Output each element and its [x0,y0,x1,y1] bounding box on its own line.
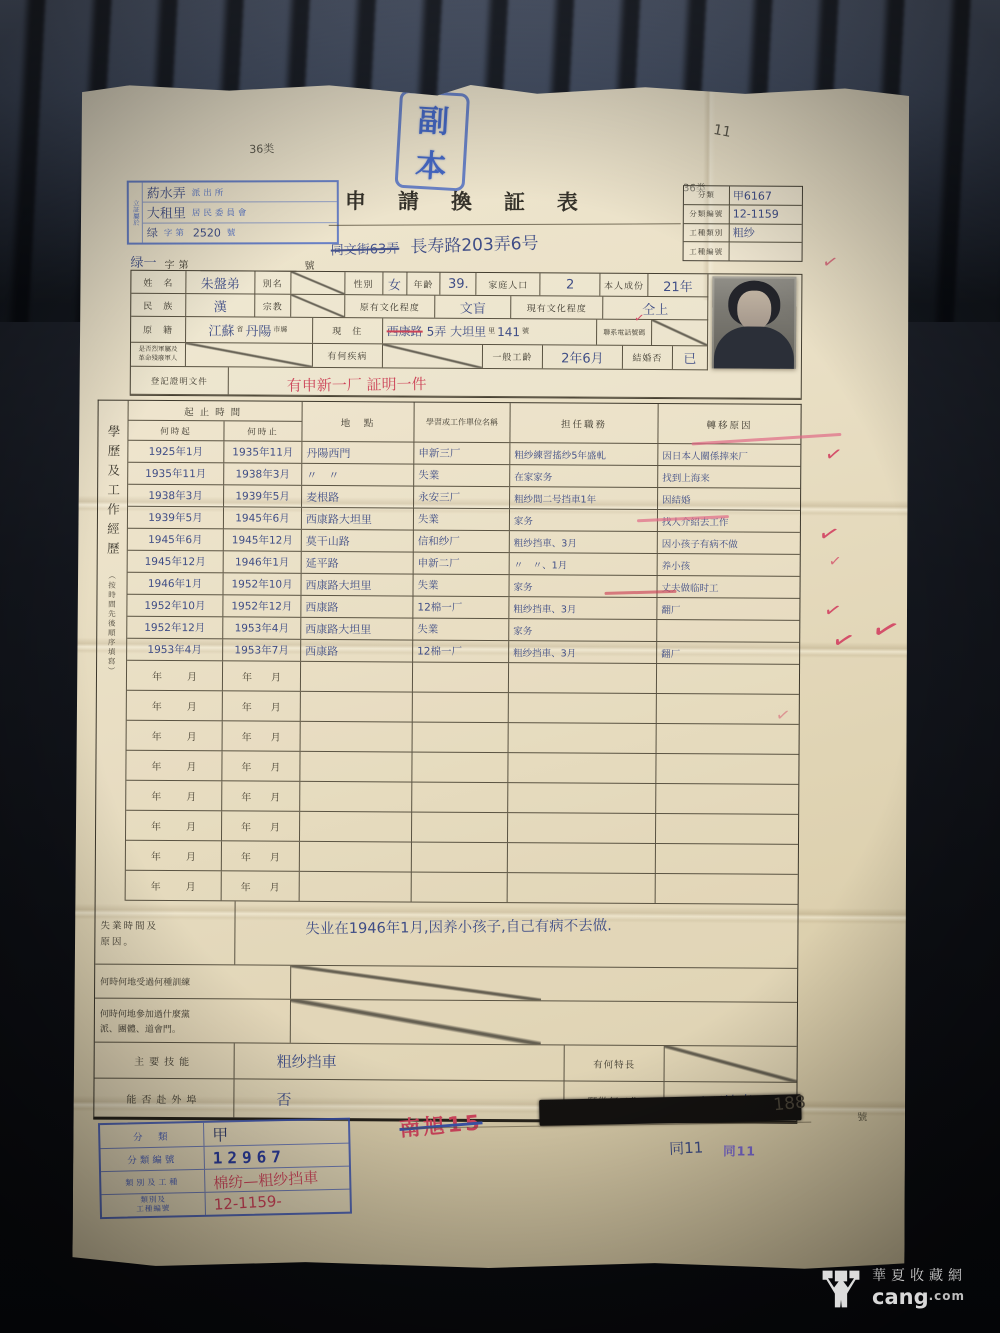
history-place-blank [300,752,412,782]
month-char: 月 [186,848,196,863]
history-place: 西康路大坦里 [302,508,414,530]
training-label: 何時何地受過何種訓練 [95,965,291,999]
history-empty-row: 年 月 年 月 [126,781,798,815]
station-suffix: 派出所 [192,186,227,198]
history-duty: 家务 [509,575,657,597]
history-from-blank: 年 月 [127,661,223,691]
history-to-blank: 年 月 [223,721,301,750]
martyr-family-label-line1: 是否烈軍屬及 [138,346,177,354]
tong-annotation-printed: 同11 [723,1141,756,1159]
alias-label: 別名 [255,272,291,294]
history-from: 1938年3月 [128,485,224,507]
history-to: 1945年12月 [224,529,302,550]
year-char: 年 [151,878,161,893]
history-reason: 因日本人關係摔来厂 [658,444,800,466]
history-from-blank: 年 月 [126,781,222,811]
hao-label: 號 [227,227,239,239]
history-unit-blank [413,723,509,753]
history-from: 1953年4月 [127,639,223,661]
trade-no-label: 工種編號 [684,242,730,260]
history-place-blank [301,662,413,692]
history-place-blank [300,842,412,872]
hao-label: 號 [304,257,318,272]
history-unit-blank [413,663,509,693]
phone-label: 聯系電話號碼 [597,320,652,345]
committee-suffix: 居民委員會 [192,206,250,218]
history-to: 1946年1月 [224,551,302,572]
year-char: 年 [151,758,161,773]
trade-type-label: 工種類別 [684,224,730,242]
watermark-url-tld: .com [929,1289,965,1303]
cang-logo-icon [818,1266,864,1312]
history-to-blank: 年 月 [222,871,300,900]
history-place: 麦根路 [302,486,414,508]
site-watermark: 華夏收藏網 cang.com [818,1266,967,1312]
registration-docs-label: 登記證明文件 [131,367,229,395]
history-reason: 找人介紹去工作 [658,510,800,532]
history-duty-blank [508,753,656,783]
zi-di-label: 字第 [164,227,187,239]
history-side-title: 學歷及工作經歷 [103,425,122,562]
history-from: 1939年5月 [128,507,224,529]
copy-stamp: 副 本 [394,90,470,192]
history-to-blank: 年 月 [223,661,301,690]
month-char: 月 [187,728,197,743]
history-duty-blank [509,723,657,753]
year-char: 年 [152,728,162,743]
personal-info-table: 姓 名 朱盤弟 別名 性別 女 年齡 39. 家庭人口 2 本人成份 21年 民… [130,270,803,400]
history-to: 1945年6月 [224,507,302,528]
history-reason: 养小孩 [658,554,800,576]
history-unit: 申新三厂 [414,443,510,465]
class-value: 甲6167 [730,186,802,204]
stamp-number-handwritten: 2520 [193,226,221,239]
name-label: 姓 名 [131,271,186,293]
red-check-mark: ✓ [820,251,840,275]
sb-trade-no-label: 類別及 工種編號 [102,1193,206,1217]
history-unit: 申新二厂 [414,553,510,575]
religion-blank [291,295,345,317]
history-duty: 粗纱練習搖纱5年盛軋 [510,443,658,465]
stamp-side-label: 立証屬於 [129,183,143,243]
address-text: 長寿路203弄6号 [410,234,539,258]
month-char: 月 [187,698,197,713]
month-char: 月 [271,669,281,684]
photo-cell [706,274,802,371]
address-annotation: 同文街63弄 長寿路203弄6号 [330,229,539,260]
ethnicity-value: 漢 [186,294,255,316]
current-education-label: 現有文化程度 [511,296,603,319]
history-from-blank: 年 月 [126,811,222,841]
history-unit: 信和纱厂 [414,531,510,553]
watermark-site-name: 華夏收藏網 [872,1269,967,1285]
month-char: 月 [271,729,281,744]
history-reason-blank [656,814,798,844]
history-unit-blank [412,873,508,903]
red-note-crossed: 南旭15 [398,1106,483,1143]
travel-label: 能否赴外埠 [94,1079,234,1118]
history-reason-blank [657,724,799,754]
history-to-blank: 年 月 [222,811,300,840]
stamp-row: 大租里 居民委員會 [143,202,337,223]
sb-trade-no-label-line2: 工種編號 [136,1205,170,1214]
history-reason-blank [656,754,798,784]
history-from: 1935年11月 [128,463,224,485]
sb-trade-no-value-text: 12-1159- [213,1192,282,1214]
history-place: 丹陽西門 [302,442,414,464]
class-label: 分類 [684,186,730,204]
province-char: 省 [236,326,243,334]
footer-number: 188 [772,1092,806,1115]
history-unit-blank [413,693,509,723]
history-reason-blank [657,694,799,724]
history-reason-blank [657,664,799,694]
history-place: 〃 〃 [302,464,414,486]
reason-label: 轉移原因 [658,404,800,444]
info-row: 原 籍 江蘇 省 丹陽 市縣 現 住 西康路 5弄 大坦里 里 141 號 聯系… [131,317,708,347]
history-place: 西康路大坦里 [301,618,413,640]
unemployment-value: 失业在1946年1月,因养小孩子,自己有病不去做. [235,900,798,969]
footer-hao-char: 號 [857,1108,867,1123]
li-char: 里 [488,328,495,336]
classbox-row: 分類 甲6167 [684,186,802,205]
status-value: 21年 [648,274,707,296]
history-place-blank [301,692,413,722]
classbox-row: 工種編號 [684,242,802,260]
main-skill-value: 粗纱挡車 [235,1043,565,1080]
married-value: 已 [673,346,707,369]
month-char: 月 [187,668,197,683]
disease-label: 有何疾病 [313,344,383,367]
history-place: 莫干山路 [302,530,414,552]
seniority-value: 2年6月 [543,345,623,368]
red-check-mark: ✓ [815,518,843,551]
current-education-value: 仝上 [603,297,707,320]
party-label: 何時何地參加過什麼黨 派、團體、道會門。 [95,999,291,1043]
origin-city: 丹陽 [245,320,271,339]
history-to: 1935年11月 [224,441,302,462]
registration-docs-value: 有申新一厂 証明一件 [229,366,801,399]
trade-no-value [730,243,802,261]
id-photo [711,276,796,369]
history-empty-row: 年 月 年 月 [127,661,799,695]
specialty-blank [665,1046,797,1082]
sb-class-no-label: 分類編號 [101,1147,205,1171]
photographed-document-scene: 36类 副 本 11 36类 立証屬於 葯水弄 派出所 大租里 居民委員會 绿 … [0,0,1000,1333]
work-history-table: 學歷及工作經歷 （按時間先後順序填寫） 起止時間 何時起 何時止 地 點 [93,400,801,1124]
history-reason-blank [656,844,798,874]
history-empty-row: 年 月 年 月 [126,841,798,875]
classbox-row: 工種類別 粗纱 [684,224,802,243]
history-empty-row: 年 月 年 月 [126,751,798,785]
disease-blank [383,344,483,368]
history-to: 1953年7月 [223,639,301,660]
sb-trade-value: 棉纺—粗纱挡車 [205,1167,349,1192]
year-char: 年 [241,788,251,803]
copy-stamp-char: 本 [414,140,448,187]
origin-province: 江蘇 [208,320,234,339]
history-duty-blank [509,693,657,723]
series-handwritten: 绿 [147,225,158,241]
month-char: 月 [186,758,196,773]
specialty-label: 有何特長 [565,1045,665,1081]
history-from-blank: 年 月 [126,871,222,901]
history-place: 西康路 [301,596,413,618]
copy-stamp-char: 副 [417,94,451,141]
history-to: 1938年3月 [224,463,302,484]
martyr-blank [186,343,313,367]
history-empty-row: 年 月 年 月 [126,811,798,845]
martyr-family-label-line2: 革命殘廢軍人 [138,354,177,362]
period-header: 起止時間 何時起 何時止 [128,401,302,441]
history-unit: 12棉一厂 [413,597,509,619]
class-no-value: 12-1159 [730,205,802,223]
prior-education-value: 文盲 [435,296,511,318]
unemployment-label-line2: 原因。 [100,933,135,947]
month-char: 月 [270,879,280,894]
tong-annotation-handwritten: 同11 [669,1136,704,1159]
duty-label: 担任職務 [510,403,658,443]
history-from: 1952年10月 [127,595,223,617]
year-char: 年 [152,698,162,713]
history-unit-blank [412,813,508,843]
history-to: 1952年10月 [223,573,301,594]
history-empty-row: 年 月 年 月 [127,721,799,755]
history-unit: 失業 [414,465,510,487]
classification-box: 分類 甲6167 分類編號 12-1159 工種類別 粗纱 工種編號 [683,185,803,262]
prior-education-label: 原有文化程度 [345,295,435,318]
sb-trade-no-value: 12-1159- [206,1190,350,1215]
history-empty-row: 年 月 年 月 [127,691,799,725]
party-blank [291,1000,541,1045]
history-from-blank: 年 月 [127,721,223,751]
history-side-column: 學歷及工作經歷 （按時間先後順序填寫） [96,401,129,901]
title-underline [329,223,681,226]
history-duty: 粗纱挡車、3月 [509,641,657,663]
photo-face [737,290,771,330]
page-number-annotation: 11 [712,122,732,141]
red-check-mark: ✓ [822,596,845,624]
history-unit: 失業 [413,575,509,597]
zi-di-label: 字第 [164,256,192,271]
month-char: 月 [186,788,196,803]
history-unit: 失業 [414,509,510,531]
history-side-note: （按時間先後順序填寫） [106,571,118,676]
history-duty: 粗纱挡車、3月 [510,531,658,553]
year-char: 年 [241,818,251,833]
history-to-blank: 年 月 [223,691,301,720]
history-place: 西康路 [301,640,413,662]
unemployment-label-line1: 失業時間及 [100,917,158,931]
history-from-blank: 年 月 [126,841,222,871]
origin-value: 江蘇 省 丹陽 市縣 [186,317,313,343]
married-label: 結婚否 [623,346,673,369]
family-size-label: 家庭人口 [477,273,541,295]
history-place-blank [301,722,413,752]
main-skill-row: 主要技能 粗纱挡車 有何特長 [95,1043,797,1083]
history-reason-blank [656,784,798,814]
serial-number-line: 绿一 字第 號 [130,252,318,272]
year-char: 年 [242,668,252,683]
history-from: 1925年1月 [128,441,224,463]
sb-trade-label: 類別及工種 [101,1170,205,1194]
history-from: 1946年1月 [127,573,223,595]
address-struck-part: 西康路 [387,322,423,339]
history-empty-row: 年 月 年 月 [126,871,798,905]
history-place-blank [300,872,412,902]
class-no-label: 分類編號 [684,205,730,223]
sb-class-value-text: 甲 [212,1122,229,1145]
info-row: 登記證明文件 有申新一厂 証明一件 [131,367,801,399]
application-form-paper: 36类 副 本 11 36类 立証屬於 葯水弄 派出所 大租里 居民委員會 绿 … [72,81,911,1270]
history-duty: 粗纱間二号挡車1年 [510,487,658,509]
trade-type-value: 粗纱 [730,224,802,242]
info-row: 是否烈軍屬及 革命殘廢軍人 有何疾病 一般工齡 2年6月 結婚否 已 [131,343,708,371]
party-membership-row: 何時何地參加過什麼黨 派、團體、道會門。 [95,999,797,1047]
to-label: 何時止 [224,421,301,440]
history-place: 西康路大坦里 [301,574,413,596]
history-unit-blank [412,783,508,813]
training-blank [291,966,541,1001]
year-char: 年 [242,698,252,713]
main-skill-label: 主要技能 [95,1043,235,1079]
serial-prefix-handwritten: 绿一 [130,252,156,271]
history-duty: 在家家务 [510,465,658,487]
history-to: 1953年4月 [223,617,301,638]
party-spacer [541,1001,797,1046]
history-unit-blank [412,843,508,873]
history-to: 1939年5月 [224,485,302,506]
year-char: 年 [242,728,252,743]
history-from: 1945年6月 [128,529,224,551]
history-unit-blank [412,753,508,783]
phone-blank [652,320,707,345]
watermark-site-url: cang.com [872,1285,967,1309]
history-duty: 〃 〃、1月 [510,553,658,575]
stampbox-row: 類別及 工種編號 12-1159- [102,1190,350,1217]
month-char: 月 [186,878,196,893]
year-char: 年 [151,788,161,803]
history-reason: 丈夫做临时工 [657,576,799,598]
red-check-mark: ✓ [828,623,859,659]
history-duty-blank [508,843,656,873]
history-place-blank [300,782,412,812]
class-annotation-left: 36类 [249,140,274,157]
city-county-char: 市縣 [273,326,287,334]
sex-value: 女 [383,272,407,294]
history-reason: 翻厂 [657,598,799,620]
training-row: 何時何地受過何種訓練 [95,965,797,1003]
training-spacer [541,967,797,1002]
unemployment-row: 失業時間及 原因。 失业在1946年1月,因养小孩子,自己有病不去做. [95,901,797,969]
history-from: 1952年12月 [127,617,223,639]
month-char: 月 [271,699,281,714]
month-char: 月 [186,818,196,833]
unemployment-label: 失業時間及 原因。 [95,901,235,965]
history-reason: 找到上海来 [658,466,800,488]
party-label-line2: 派、團體、道會門。 [100,1021,181,1034]
alias-blank [291,272,345,294]
sb-class-value: 甲 [204,1120,348,1146]
history-from-blank: 年 月 [127,691,223,721]
current-address-label: 現 住 [313,318,383,343]
photo-jacket [713,326,793,369]
year-char: 年 [151,848,161,863]
history-place-blank [300,812,412,842]
history-reason: 因結婚 [658,488,800,510]
from-label: 何時起 [128,421,224,441]
history-unit: 失業 [413,619,509,641]
year-char: 年 [151,818,161,833]
month-char: 月 [270,849,280,864]
red-check-mark: ✓ [866,607,905,652]
form-title: 申請換証表 [345,185,610,217]
watermark-text: 華夏收藏網 cang.com [872,1269,967,1309]
history-place: 延平路 [302,552,414,574]
committee-name-handwritten: 大租里 [147,203,186,222]
history-duty: 家务 [510,509,658,531]
address-part: 5弄 大坦里 [427,323,487,340]
station-name-handwritten: 葯水弄 [147,183,186,202]
name-value: 朱盤弟 [186,271,255,293]
origin-label: 原 籍 [131,317,186,342]
history-rows: 1925年1月 1935年11月 丹陽西門 申新三厂 粗纱練習搖纱5年盛軋 因日… [126,441,801,905]
stamp-row: 葯水弄 派出所 [143,182,337,203]
history-duty-blank [509,663,657,693]
history-to-blank: 年 月 [222,751,300,780]
history-to-blank: 年 月 [222,781,300,810]
red-check-mark: ✓ [828,551,842,570]
classification-stamp-box: 分 類 甲 分類編號 12967 類別及工種 棉纺—粗纱挡車 類別及 工種編號 … [98,1118,352,1219]
month-char: 月 [270,759,280,774]
period-label: 起止時間 [129,401,302,422]
history-duty-blank [508,783,656,813]
place-label: 地 點 [302,402,414,442]
sb-trade-value-text: 棉纺—粗纱挡車 [213,1166,319,1193]
red-check-mark: ✓ [823,441,845,468]
year-char: 年 [241,848,251,863]
hao-char: 號 [522,328,529,336]
address-struck-text: 同文街63弄 [331,242,400,259]
religion-label: 宗教 [255,295,291,317]
history-reason [657,620,799,642]
martyr-family-label: 是否烈軍屬及 革命殘廢軍人 [131,343,186,366]
age-label: 年齡 [407,272,441,294]
history-unit: 12棉一厂 [413,641,509,663]
year-char: 年 [241,878,251,893]
year-char: 年 [152,668,162,683]
house-number: 141 [497,325,520,339]
history-unit: 永安三厂 [414,487,510,509]
history-header: 起止時間 何時起 何時止 地 點 學習或工作單位名稱 担任職務 轉移原因 [128,401,800,445]
history-to-blank: 年 月 [222,841,300,870]
history-to: 1952年12月 [223,595,301,616]
seniority-label: 一般工齡 [483,345,543,368]
family-size-value: 2 [541,273,601,295]
police-station-stamp-box: 立証屬於 葯水弄 派出所 大租里 居民委員會 绿 字第 2520 號 [127,180,339,245]
history-duty-blank [508,873,656,903]
history-duty: 家务 [509,619,657,641]
sex-label: 性別 [345,272,383,294]
current-address-value: 西康路 5弄 大坦里 里 141 號 [383,318,598,344]
history-from: 1945年12月 [128,551,224,573]
age-value: 39. [441,273,477,295]
classbox-row: 分類編號 12-1159 [684,205,802,224]
history-from-blank: 年 月 [126,751,222,781]
history-duty: 粗纱挡車、3月 [509,597,657,619]
history-reason: 因小孩子有病不做 [658,532,800,554]
status-label: 本人成份 [600,274,648,296]
